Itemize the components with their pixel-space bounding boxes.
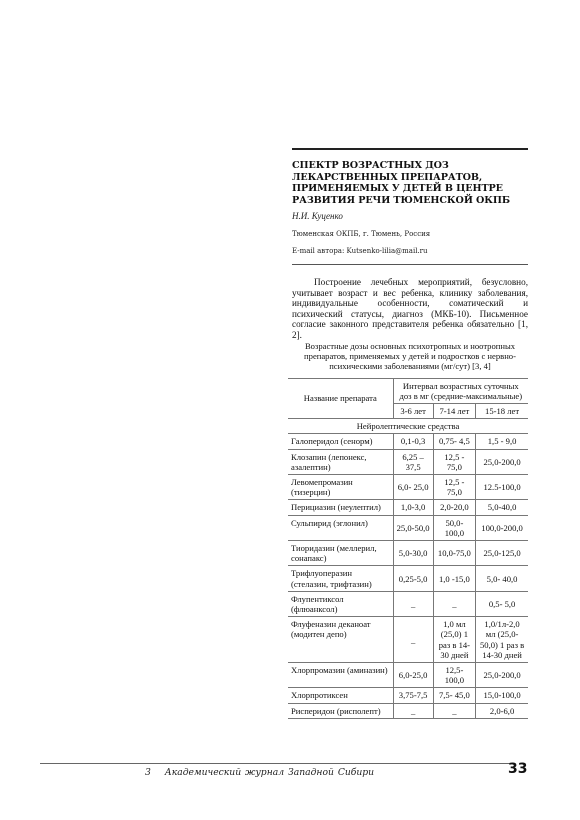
dose-value: 6,0-25,0	[393, 663, 433, 688]
drug-name: Трифлуоперазин (стелазин, трифтазин)	[288, 566, 393, 591]
page-number: 33	[508, 761, 527, 777]
drug-name: Клозапин (лепонекс, азалептин)	[288, 449, 393, 474]
article-title: СПЕКТР ВОЗРАСТНЫХ ДОЗ ЛЕКАРСТВЕННЫХ ПРЕП…	[292, 160, 528, 206]
drug-name: Тиоридазин (меллерил, сонапакс)	[288, 541, 393, 566]
table-row: Хлорпротиксен3,75-7,57,5- 45,015,0-100,0	[288, 688, 528, 703]
dose-value: 12.5-100,0	[476, 475, 528, 500]
journal-footer: 3 Академический журнал Западной Сибири	[145, 767, 374, 778]
dose-value: 12,5 - 75,0	[433, 475, 476, 500]
dose-value: 1,0-3,0	[393, 500, 433, 515]
drug-name: Перициазин (неулептил)	[288, 500, 393, 515]
dose-value: 12,5 - 75,0	[433, 449, 476, 474]
author: Н.И. Куценко	[292, 211, 528, 221]
header-age-7-14: 7-14 лет	[433, 404, 476, 419]
dose-value: 2,0-6,0	[476, 703, 528, 718]
dose-value: 25,0-200,0	[476, 663, 528, 688]
dose-value: 0,75- 4,5	[433, 434, 476, 449]
article-column: СПЕКТР ВОЗРАСТНЫХ ДОЗ ЛЕКАРСТВЕННЫХ ПРЕП…	[292, 148, 528, 719]
drug-name: Хлорпромазин (аминазин)	[288, 663, 393, 688]
drug-name: Рисперидон (рисполепт)	[288, 703, 393, 718]
dose-value: 5,0-30,0	[393, 541, 433, 566]
header-drug-name: Название препарата	[288, 378, 393, 419]
dose-value: 6,0- 25,0	[393, 475, 433, 500]
dose-value: 3,75-7,5	[393, 688, 433, 703]
dose-value: 10,0-75,0	[433, 541, 476, 566]
top-rule	[292, 148, 528, 150]
drug-name: Сульпирид (эглонил)	[288, 515, 393, 540]
table-row: Клозапин (лепонекс, азалептин)6,25 – 37,…	[288, 449, 528, 474]
affiliation: Тюменская ОКПБ, г. Тюмень, Россия	[292, 230, 528, 238]
intro-paragraph: Построение лечебных мероприятий, безусло…	[292, 277, 528, 340]
dose-value: 5,0- 40,0	[476, 566, 528, 591]
dose-value: 2,0-20,0	[433, 500, 476, 515]
dose-value: 1,5 - 9,0	[476, 434, 528, 449]
dose-value: 0,25-5,0	[393, 566, 433, 591]
dose-value: 1,0 мл (25,0) 1 раз в 14-30 дней	[433, 617, 476, 663]
table-row: Перициазин (неулептил)1,0-3,02,0-20,05,0…	[288, 500, 528, 515]
table-row: Тиоридазин (меллерил, сонапакс)5,0-30,01…	[288, 541, 528, 566]
footer-rule	[40, 763, 512, 764]
dose-value: 25,0-50,0	[393, 515, 433, 540]
issue-number: 3	[145, 767, 151, 778]
drug-name: Флупентиксол (флюанксол)	[288, 591, 393, 616]
dose-value: _	[433, 703, 476, 718]
author-email: E-mail автора: Kutsenko-lilia@mail.ru	[292, 247, 528, 255]
table-row: Флупентиксол (флюанксол)__0,5- 5,0	[288, 591, 528, 616]
section-rule	[292, 264, 528, 265]
dose-value: 15,0-100,0	[476, 688, 528, 703]
section-neuroleptics: Нейролептические средства	[288, 419, 528, 434]
dose-value: _	[433, 591, 476, 616]
header-dose-interval: Интервал возрастных суточных доз в мг (с…	[393, 378, 528, 403]
dose-value: 100,0-200,0	[476, 515, 528, 540]
dose-value: _	[393, 617, 433, 663]
header-age-3-6: 3-6 лет	[393, 404, 433, 419]
table-caption: Возрастные дозы основных психотропных и …	[292, 341, 528, 372]
dose-value: 1,0/1л-2,0 мл (25,0-50,0) 1 раз в 14-30 …	[476, 617, 528, 663]
drug-name: Флуфеназин деканоат (модитен депо)	[288, 617, 393, 663]
table-row: Трифлуоперазин (стелазин, трифтазин)0,25…	[288, 566, 528, 591]
dose-value: _	[393, 591, 433, 616]
dose-value: 12,5-100,0	[433, 663, 476, 688]
dose-value: 0,5- 5,0	[476, 591, 528, 616]
table-row: Галоперидол (сенорм)0,1-0,30,75- 4,51,5 …	[288, 434, 528, 449]
dose-value: 6,25 – 37,5	[393, 449, 433, 474]
dose-value: 50,0-100,0	[433, 515, 476, 540]
dose-value: 1,0 -15,0	[433, 566, 476, 591]
drug-name: Галоперидол (сенорм)	[288, 434, 393, 449]
dose-value: 25,0-200,0	[476, 449, 528, 474]
journal-name: Академический журнал Западной Сибири	[165, 767, 374, 778]
table-row: Хлорпромазин (аминазин)6,0-25,012,5-100,…	[288, 663, 528, 688]
drug-name: Левомепромазин (тизерцин)	[288, 475, 393, 500]
dose-value: 0,1-0,3	[393, 434, 433, 449]
dose-value: 5,0-40,0	[476, 500, 528, 515]
table-row: Флуфеназин деканоат (модитен депо)_1,0 м…	[288, 617, 528, 663]
dose-value: 7,5- 45,0	[433, 688, 476, 703]
table-row: Сульпирид (эглонил)25,0-50,050,0-100,010…	[288, 515, 528, 540]
dose-value: 25,0-125,0	[476, 541, 528, 566]
drug-name: Хлорпротиксен	[288, 688, 393, 703]
table-row: Левомепромазин (тизерцин)6,0- 25,012,5 -…	[288, 475, 528, 500]
header-age-15-18: 15-18 лет	[476, 404, 528, 419]
table-row: Рисперидон (рисполепт)__2,0-6,0	[288, 703, 528, 718]
dose-table: Название препарата Интервал возрастных с…	[288, 378, 528, 719]
dose-value: _	[393, 703, 433, 718]
